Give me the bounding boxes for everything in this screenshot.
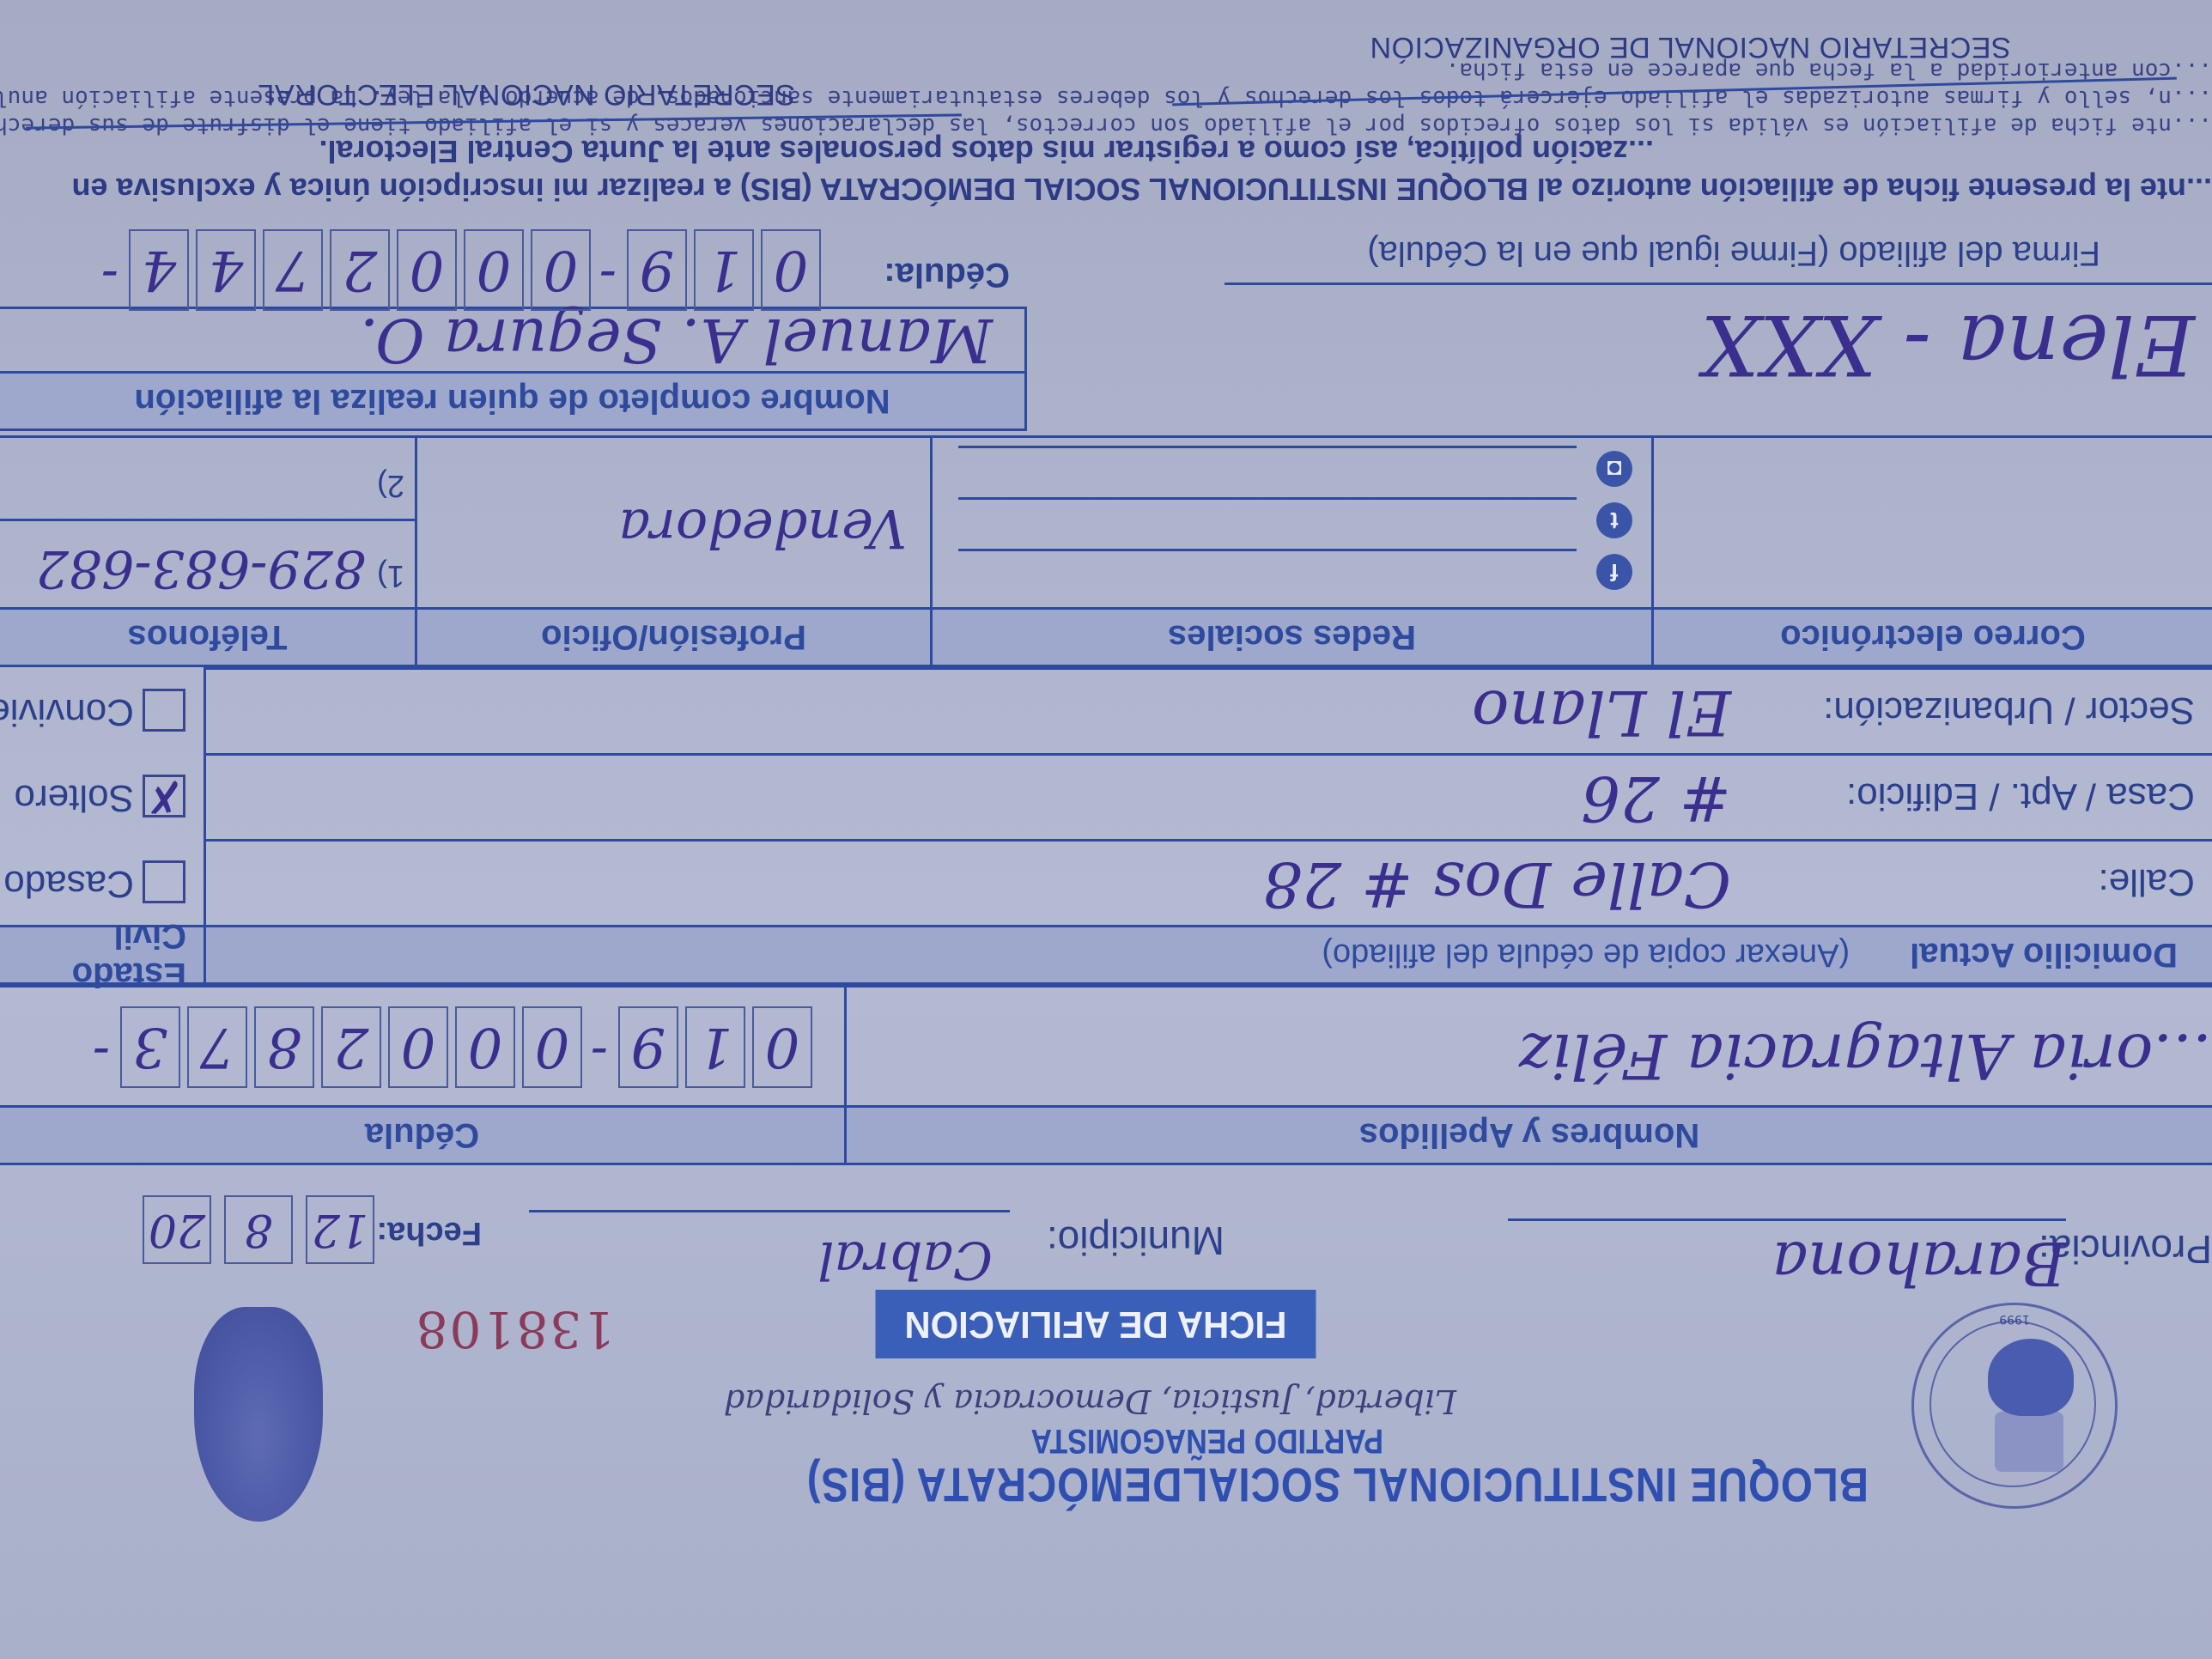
signature-caption: Firma del afiliado (Firme igual que en l… [1367,234,2100,272]
seal-year: 1999 [1914,1312,2115,1326]
affiliator-cedula-digit-box[interactable]: 4 [196,229,256,311]
affiliator-cedula-label: Cédula: [884,255,1010,294]
marital-status-header: Estado Civil [0,925,206,985]
address-row-field[interactable]: El Llano [1472,677,1731,749]
address-row-field[interactable]: # 26 [1581,763,1731,835]
province-underline [1508,1218,2066,1221]
marital-option-label: Conviviente [0,690,134,733]
party-seal-logo: 1999 [1911,1303,2118,1509]
marital-option-label: Casado [3,862,134,905]
address-row: Calle:Calle Dos # 28 [206,839,2212,925]
affiliator-name-header: Nombre completo de quien realiza la afil… [0,371,1027,431]
marital-divider [204,667,206,925]
address-row: Casa / Apt. / Edificio:# 26 [206,753,2212,839]
column-divider [930,435,933,607]
phone-divider [0,519,417,521]
fist-icon [1995,1412,2063,1472]
address-row-label: Sector / Urbanización: [1823,689,2195,732]
instagram-field[interactable] [958,446,1577,448]
affiliator-cedula-digit-box[interactable]: 0 [531,229,591,311]
date-year-box[interactable]: 20 [143,1195,211,1264]
affiliator-cedula-digit-box[interactable]: 7 [263,229,323,311]
date-month-box[interactable]: 8 [224,1195,293,1264]
affiliate-cedula-digit-box[interactable]: 7 [187,1006,247,1088]
affiliator-cedula-digit-box[interactable]: 0 [761,229,821,311]
map-icon [1988,1339,2074,1416]
affiliate-cedula-dash: - [93,1024,110,1084]
sub-party-name: PARTIDO PEÑAGOMISTA [1030,1421,1383,1460]
phone-1-field[interactable]: 829-683-682 [36,538,366,599]
affiliate-cedula-digit-box[interactable]: 2 [321,1006,381,1088]
facebook-icon: f [1596,554,1632,590]
affiliate-signature[interactable]: Elena - XXX [1701,296,2195,392]
signature-line-electoral [26,113,962,129]
phone-2-label: 2) [377,468,404,504]
party-name: BLOQUE INSTITUCIONAL SOCIALDEMÓCRATA (BI… [806,1457,1869,1513]
signature-line-organizacion [1172,77,2177,106]
municipality-underline [529,1210,1010,1212]
instagram-icon: ◘ [1596,451,1632,487]
affiliator-cedula-digit-box[interactable]: 1 [694,229,754,311]
phone-1-label: 1) [377,558,404,594]
portrait-photo [194,1307,323,1522]
affiliate-cedula-digit-box[interactable]: 8 [254,1006,314,1088]
profession-header: Profesión/Oficio [417,607,933,667]
column-divider [1651,435,1654,607]
affiliate-cedula-digit-box[interactable]: 0 [522,1006,582,1088]
address-note: (Anexar copia de cédula del afiliado) [1322,937,1850,974]
affiliate-name-field[interactable]: ...oria Altagracia Féliz [1519,1020,2212,1092]
affiliator-cedula-dash: - [599,246,617,307]
affiliate-cedula-digit-box[interactable]: 9 [618,1006,678,1088]
marital-option-label: Soltero [15,776,134,819]
affiliate-cedula-digit-box[interactable]: 0 [455,1006,515,1088]
province-field[interactable]: Barahona [1772,1228,2066,1298]
affiliator-cedula-digit-box[interactable]: 4 [129,229,189,311]
secretario-organizacion-caption: SECRETARIO NACIONAL DE ORGANIZACIÓN [1370,30,2011,64]
phones-header: Teléfonos [0,607,417,667]
address-header: Domicilio Actual (Anexar copia de cédula… [206,925,2212,985]
email-field[interactable] [1680,457,2195,577]
profession-field[interactable]: Vendedora [618,497,907,560]
affiliate-cedula-dash: - [591,1024,608,1084]
column-divider [844,985,847,1105]
affiliator-cedula-digit-box[interactable]: 2 [330,229,390,311]
affiliate-cedula-digit-box[interactable]: 3 [120,1006,180,1088]
affiliate-cedula-digit-box[interactable]: 0 [388,1006,448,1088]
name-column-header: Nombres y Apellidos [847,1105,2212,1165]
date-label: Fecha: [377,1214,482,1251]
affiliator-cedula-digit-box[interactable]: 0 [397,229,457,311]
address-row-label: Calle: [2099,860,2196,903]
address-header-label: Domicilio Actual [1910,936,2178,975]
serial-number: 138108 [415,1300,615,1358]
municipality-label: Municipio: [1047,1218,1224,1264]
affiliator-cedula-dash: - [101,246,118,307]
affiliator-name-field[interactable]: Manuel A. Segura O. [360,305,993,375]
phone-2-field[interactable] [22,448,366,508]
marital-checkbox-soltero[interactable]: ✗ [143,775,185,817]
cedula-column-header: Cédula [0,1105,847,1165]
affiliate-cedula-field[interactable]: 019-0002873- [5,1002,812,1088]
marital-checkbox-casado[interactable] [143,860,185,903]
footer-signatures: SECRETARIO NACIONAL DE ORGANIZACIÓN SECR… [0,0,2212,137]
affiliation-form-photo: 1999 BLOQUE INSTITUCIONAL SOCIALDEMÓCRAT… [0,0,2212,1659]
facebook-field[interactable] [958,549,1577,551]
secretario-electoral-caption: SECRETARIO NACIONAL ELECTORAL [258,77,795,111]
affiliator-cedula-field[interactable]: 019-0002744- [5,225,821,311]
party-motto: Libertad, Justicia, Democracia y Solidar… [724,1382,1456,1420]
twitter-icon: t [1596,502,1632,538]
affiliator-cedula-digit-box[interactable]: 0 [464,229,524,311]
marital-checkbox-conviviente[interactable] [143,689,185,732]
municipality-field[interactable]: Cabral [817,1230,993,1290]
address-row: Sector / Urbanización:El Llano [206,667,2212,753]
affiliate-cedula-digit-box[interactable]: 1 [685,1006,745,1088]
form-title-banner: FICHA DE AFILIACION [876,1290,1316,1358]
legal-text: ...nte la presente ficha de afiliación a… [0,132,2212,208]
twitter-field[interactable] [958,497,1577,500]
address-row-field[interactable]: Calle Dos # 28 [1263,848,1731,921]
date-day-box[interactable]: 12 [306,1195,374,1264]
affiliate-cedula-digit-box[interactable]: 0 [752,1006,812,1088]
signature-line [1224,283,2212,285]
affiliator-cedula-digit-box[interactable]: 9 [627,229,687,311]
social-header: Redes sociales [933,607,1654,667]
email-header: Correo electrónico [1654,607,2212,667]
column-divider [415,435,417,607]
address-row-label: Casa / Apt. / Edificio: [1846,775,2195,817]
legal-paragraph-1a: ...nte la presente ficha de afiliación a… [0,170,2212,208]
